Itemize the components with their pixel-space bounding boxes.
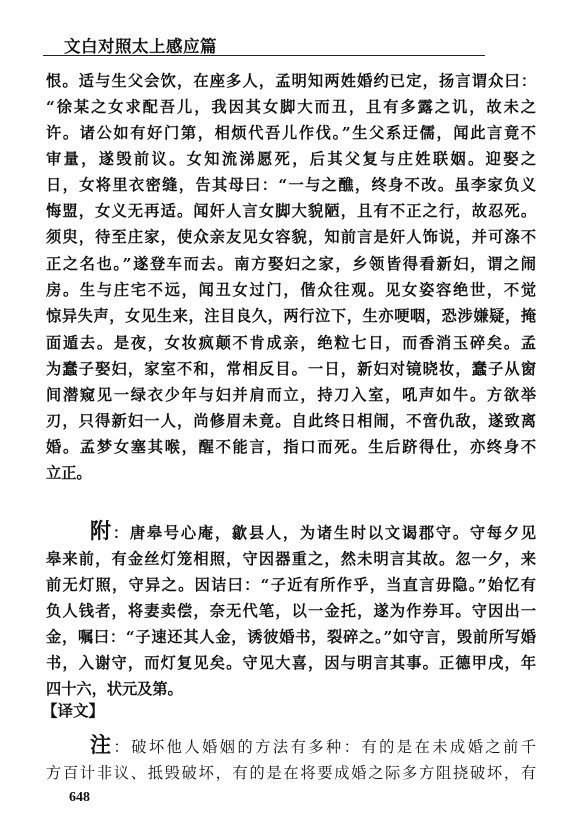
appendix-line: 前无灯照，守异之。因诘曰：“子近有所作乎，当直言毋隐。”始忆有 xyxy=(46,575,536,595)
appendix-first-line: 附：唐皋号心庵，歙县人，为诸生时以文谒郡守。守每夕见 xyxy=(46,521,536,543)
appendix-lead-char: 附 xyxy=(90,519,113,543)
story-line: 审量，遂毁前议。女知流涕愿死，后其父复与庄姓联姻。迎娶之 xyxy=(46,149,536,169)
story-line: 正之名也。”遂登车而去。南方娶妇之家，乡领皆得看新妇，谓之闹 xyxy=(46,254,536,274)
story-line: 须臾，待至庄家，使众亲友见女容貌，知前言是奸人饰说，并可涤不 xyxy=(46,227,536,247)
appendix-line: 四十六，状元及第。 xyxy=(46,679,536,699)
story-line: 许。诸公如有好门第，相烦代吾儿作伐。”生父系迂儒，闻此言竟不 xyxy=(46,123,536,143)
translation-line: 方百计非议、抵毁破坏，有的是在将要成婚之际多方阻挠破坏，有 xyxy=(46,763,536,783)
story-line: “徐某之女求配吾儿，我因其女脚大而丑，且有多露之讥，故未之 xyxy=(46,97,536,117)
story-line: 悔盟，女义无再适。闻奸人言女脚大貌陋，且有不正之行，故忍死。 xyxy=(46,201,536,221)
translation-first-line: 注：破坏他人婚姻的方法有多种：有的是在未成婚之前千 xyxy=(46,735,536,757)
story-line: 房。生与庄宅不远，闻丑女过门，偕众往观。见女姿容绝世，不觉 xyxy=(46,280,536,300)
book-page: 文白对照太上感应篇 恨。适与生父会饮，在座多人，孟明知两姓婚约已定，扬言谓众曰：… xyxy=(0,0,576,813)
story-line: 为蠢子娶妇，家室不和，常相反目。一日，新妇对镜晓妆，蠢子从窗 xyxy=(46,359,536,379)
story-line: 立正。 xyxy=(46,463,536,483)
translation-lead-char: 注 xyxy=(90,733,114,757)
story-line: 恨。适与生父会饮，在座多人，孟明知两姓婚约已定，扬言谓众曰： xyxy=(46,71,536,91)
appendix-line: 金，嘱曰：“子速还其人金，诱彼婚书，裂碎之。”如守言，毁前所写婚 xyxy=(46,627,536,647)
appendix-line: 皋来前，有金丝灯笼相照，守因器重之，然未明言其故。忽一夕，来 xyxy=(46,549,536,569)
story-line: 婚。孟梦女塞其喉，醒不能言，指口而死。生后跻得仕，亦终身不 xyxy=(46,437,536,457)
story-line: 惊异失声，女见生来，注目良久，两行泣下，生亦哽咽，恐涉嫌疑，掩 xyxy=(46,306,536,326)
translation-section-label: 【译文】 xyxy=(42,699,104,721)
running-title: 文白对照太上感应篇 xyxy=(64,33,217,57)
header-rule xyxy=(43,55,485,56)
story-line: 日，女将里衣密缝，告其母曰：“一与之醮，终身不改。虽李家负义 xyxy=(46,175,536,195)
story-line: 面遁去。是夜，女妆疯颠不肯成亲，绝粒七日，而香消玉碎矣。孟 xyxy=(46,333,536,353)
story-line: 刃，只得新妇一人，尚修眉未竟。自此终日相闹，不啻仇敌，遂致离 xyxy=(46,411,536,431)
appendix-line: 负人钱者，将妻卖偿，奈无代笔，以一金托，遂为作券耳。守因出一 xyxy=(46,601,536,621)
story-line: 间潜窥见一绿衣少年与妇并肩而立，持刀入室，吼声如牛。方欲举 xyxy=(46,385,536,405)
page-number: 648 xyxy=(69,790,90,806)
appendix-line: 书，入谢守，而灯复见矣。守见大喜，因与明言其事。正德甲戌，年 xyxy=(46,653,536,673)
